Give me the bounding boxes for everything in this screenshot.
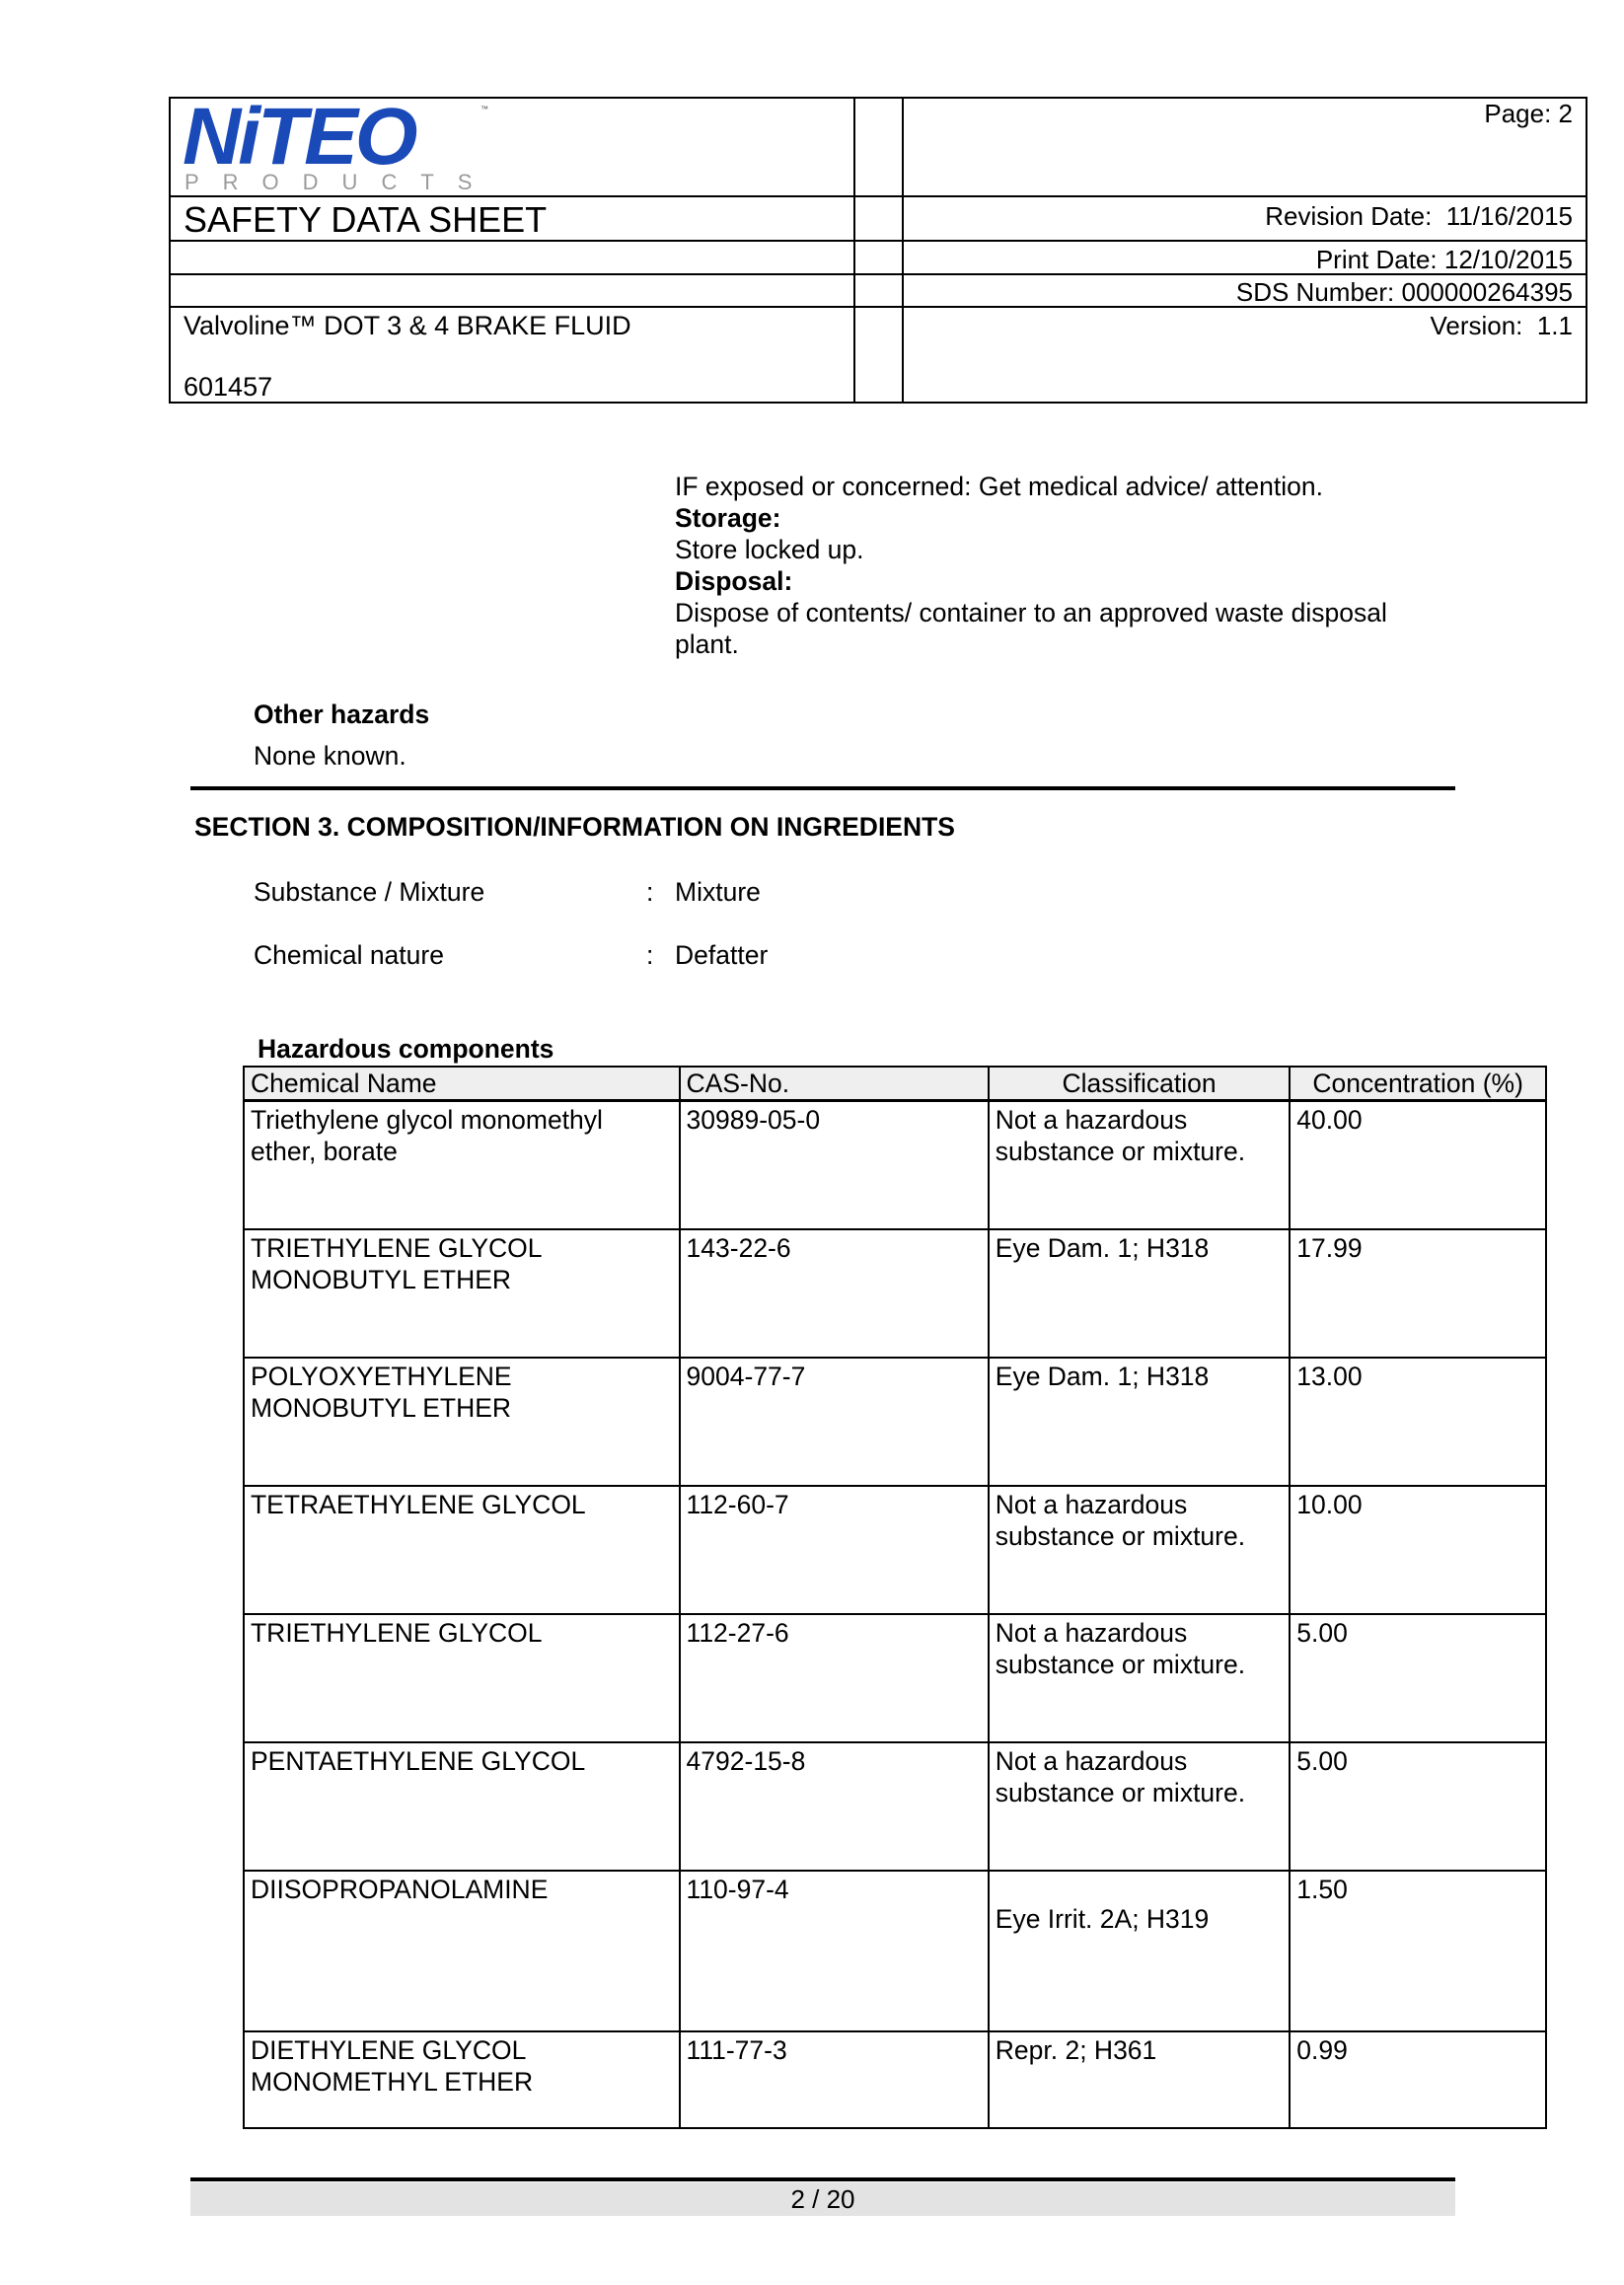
- cas-no-cell-line: 111-77-3: [687, 2034, 982, 2066]
- concentration-cell-line: 10.00: [1296, 1489, 1539, 1520]
- storage-text: Store locked up.: [675, 534, 864, 565]
- concentration-cell: 13.00: [1290, 1358, 1546, 1486]
- concentration-cell-line: 5.00: [1296, 1745, 1539, 1777]
- classification-cell-line: substance or mixture.: [996, 1136, 1284, 1167]
- classification-cell-line: Not a hazardous: [996, 1745, 1284, 1777]
- print-date: Print Date: 12/10/2015: [1316, 245, 1573, 274]
- cas-no-cell: 110-97-4: [680, 1871, 989, 2031]
- column-header-concentration: Concentration (%): [1290, 1067, 1546, 1101]
- table-row: POLYOXYETHYLENEMONOBUTYL ETHER9004-77-7E…: [244, 1358, 1546, 1486]
- classification-cell-line: Eye Dam. 1; H318: [996, 1232, 1284, 1264]
- chemical-name-cell: DIETHYLENE GLYCOLMONOMETHYL ETHER: [244, 2031, 680, 2128]
- cas-no-cell: 9004-77-7: [680, 1358, 989, 1486]
- cas-no-cell-line: 112-27-6: [687, 1617, 982, 1649]
- concentration-cell: 17.99: [1290, 1229, 1546, 1358]
- footer-divider: [190, 2177, 1455, 2181]
- cas-no-cell: 4792-15-8: [680, 1742, 989, 1871]
- logo-wordmark: NiTEO: [183, 97, 415, 178]
- niteo-logo: NiTEO ™ PRODUCTS: [183, 101, 498, 195]
- other-hazards-heading: Other hazards: [254, 699, 429, 730]
- classification-cell: Not a hazardoussubstance or mixture.: [989, 1614, 1291, 1742]
- header-divider: [169, 240, 1587, 242]
- chemical-name-cell-line: MONOBUTYL ETHER: [251, 1264, 673, 1295]
- cas-no-cell-line: 143-22-6: [687, 1232, 982, 1264]
- classification-cell: Eye Dam. 1; H318: [989, 1229, 1291, 1358]
- concentration-cell: 0.99: [1290, 2031, 1546, 2128]
- concentration-cell-line: 0.99: [1296, 2034, 1539, 2066]
- field-separator: :: [646, 876, 653, 908]
- chemical-name-cell-line: PENTAETHYLENE GLYCOL: [251, 1745, 673, 1777]
- disposal-text-continued: plant.: [675, 628, 739, 660]
- chemical-name-cell: PENTAETHYLENE GLYCOL: [244, 1742, 680, 1871]
- header-column-divider: [902, 97, 904, 404]
- section-3-title: SECTION 3. COMPOSITION/INFORMATION ON IN…: [194, 811, 955, 843]
- classification-cell-line: substance or mixture.: [996, 1520, 1284, 1552]
- header-divider: [169, 195, 1587, 197]
- table-row: TETRAETHYLENE GLYCOL112-60-7Not a hazard…: [244, 1486, 1546, 1614]
- revision-date: Revision Date: 11/16/2015: [1265, 201, 1573, 231]
- table-row: PENTAETHYLENE GLYCOL4792-15-8Not a hazar…: [244, 1742, 1546, 1871]
- logo-subtitle: PRODUCTS: [185, 172, 495, 193]
- table-header-row: Chemical Name CAS-No. Classification Con…: [244, 1067, 1546, 1101]
- chemical-name-cell-line: MONOBUTYL ETHER: [251, 1392, 673, 1424]
- table-row: Triethylene glycol monomethylether, bora…: [244, 1101, 1546, 1229]
- chemical-name-cell-line: ether, borate: [251, 1136, 673, 1167]
- classification-cell-line: Not a hazardous: [996, 1104, 1284, 1136]
- table-row: TRIETHYLENE GLYCOLMONOBUTYL ETHER143-22-…: [244, 1229, 1546, 1358]
- header-column-divider: [853, 97, 855, 404]
- classification-cell-line: Not a hazardous: [996, 1617, 1284, 1649]
- concentration-cell-line: 17.99: [1296, 1232, 1539, 1264]
- chemical-name-cell: TRIETHYLENE GLYCOLMONOBUTYL ETHER: [244, 1229, 680, 1358]
- chemical-name-cell-line: DIISOPROPANOLAMINE: [251, 1874, 673, 1905]
- hazardous-components-table: Chemical Name CAS-No. Classification Con…: [243, 1066, 1547, 2129]
- column-header-cas-no: CAS-No.: [680, 1067, 989, 1101]
- chemical-name-cell-line: TRIETHYLENE GLYCOL: [251, 1232, 673, 1264]
- section-divider: [190, 786, 1455, 790]
- chemical-name-cell: TETRAETHYLENE GLYCOL: [244, 1486, 680, 1614]
- classification-cell-line: Repr. 2; H361: [996, 2034, 1284, 2066]
- sds-number: SDS Number: 000000264395: [1236, 277, 1573, 307]
- chemical-name-cell: Triethylene glycol monomethylether, bora…: [244, 1101, 680, 1229]
- column-header-chemical-name: Chemical Name: [244, 1067, 680, 1101]
- field-label: Chemical nature: [254, 939, 444, 971]
- document-title: SAFETY DATA SHEET: [184, 200, 547, 240]
- chemical-name-cell-line: POLYOXYETHYLENE: [251, 1361, 673, 1392]
- concentration-cell-line: 1.50: [1296, 1874, 1539, 1905]
- concentration-cell-line: 5.00: [1296, 1617, 1539, 1649]
- concentration-cell-line: 40.00: [1296, 1104, 1539, 1136]
- cas-no-cell-line: 112-60-7: [687, 1489, 982, 1520]
- classification-cell: Not a hazardoussubstance or mixture.: [989, 1742, 1291, 1871]
- hazardous-components-heading: Hazardous components: [258, 1033, 554, 1065]
- cas-no-cell: 111-77-3: [680, 2031, 989, 2128]
- field-value: Defatter: [675, 939, 768, 971]
- chemical-name-cell: TRIETHYLENE GLYCOL: [244, 1614, 680, 1742]
- logo-trademark: ™: [480, 105, 488, 113]
- product-code: 601457: [184, 371, 272, 403]
- chemical-name-cell-line: Triethylene glycol monomethyl: [251, 1104, 673, 1136]
- other-hazards-text: None known.: [254, 740, 406, 772]
- version: Version: 1.1: [1430, 311, 1573, 340]
- concentration-cell: 1.50: [1290, 1871, 1546, 2031]
- classification-cell: Repr. 2; H361: [989, 2031, 1291, 2128]
- page-indicator: 2 / 20: [190, 2183, 1455, 2215]
- table-row: DIETHYLENE GLYCOLMONOMETHYL ETHER111-77-…: [244, 2031, 1546, 2128]
- concentration-cell: 5.00: [1290, 1742, 1546, 1871]
- precaution-statement: IF exposed or concerned: Get medical adv…: [675, 471, 1323, 502]
- classification-cell-line: Not a hazardous: [996, 1489, 1284, 1520]
- cas-no-cell-line: 4792-15-8: [687, 1745, 982, 1777]
- cas-no-cell-line: 9004-77-7: [687, 1361, 982, 1392]
- classification-cell-line: Eye Irrit. 2A; H319: [996, 1903, 1284, 1935]
- classification-cell: Not a hazardoussubstance or mixture.: [989, 1486, 1291, 1614]
- chemical-name-cell-line: DIETHYLENE GLYCOL: [251, 2034, 673, 2066]
- concentration-cell: 10.00: [1290, 1486, 1546, 1614]
- cas-no-cell: 112-27-6: [680, 1614, 989, 1742]
- classification-cell-line: substance or mixture.: [996, 1649, 1284, 1680]
- cas-no-cell-line: 30989-05-0: [687, 1104, 982, 1136]
- concentration-cell-line: 13.00: [1296, 1361, 1539, 1392]
- field-separator: :: [646, 939, 653, 971]
- disposal-text: Dispose of contents/ container to an app…: [675, 597, 1387, 628]
- chemical-name-cell: DIISOPROPANOLAMINE: [244, 1871, 680, 2031]
- classification-cell-line: substance or mixture.: [996, 1777, 1284, 1808]
- classification-cell: Eye Irrit. 2A; H319: [989, 1871, 1291, 2031]
- field-label: Substance / Mixture: [254, 876, 484, 908]
- cas-no-cell: 143-22-6: [680, 1229, 989, 1358]
- storage-heading: Storage:: [675, 502, 781, 534]
- chemical-name-cell-line: MONOMETHYL ETHER: [251, 2066, 673, 2098]
- chemical-name-cell: POLYOXYETHYLENEMONOBUTYL ETHER: [244, 1358, 680, 1486]
- chemical-name-cell-line: TRIETHYLENE GLYCOL: [251, 1617, 673, 1649]
- chemical-name-cell-line: TETRAETHYLENE GLYCOL: [251, 1489, 673, 1520]
- concentration-cell: 40.00: [1290, 1101, 1546, 1229]
- product-name: Valvoline™ DOT 3 & 4 BRAKE FLUID: [184, 310, 631, 341]
- field-value: Mixture: [675, 876, 761, 908]
- classification-cell: Not a hazardoussubstance or mixture.: [989, 1101, 1291, 1229]
- column-header-classification: Classification: [989, 1067, 1291, 1101]
- table-row: DIISOPROPANOLAMINE110-97-4Eye Irrit. 2A;…: [244, 1871, 1546, 2031]
- cas-no-cell: 30989-05-0: [680, 1101, 989, 1229]
- cas-no-cell: 112-60-7: [680, 1486, 989, 1614]
- table-row: TRIETHYLENE GLYCOL112-27-6Not a hazardou…: [244, 1614, 1546, 1742]
- classification-cell: Eye Dam. 1; H318: [989, 1358, 1291, 1486]
- page-number: Page: 2: [1484, 99, 1573, 128]
- concentration-cell: 5.00: [1290, 1614, 1546, 1742]
- cas-no-cell-line: 110-97-4: [687, 1874, 982, 1905]
- footer: 2 / 20: [190, 2182, 1455, 2216]
- classification-cell-line: Eye Dam. 1; H318: [996, 1361, 1284, 1392]
- disposal-heading: Disposal:: [675, 565, 792, 597]
